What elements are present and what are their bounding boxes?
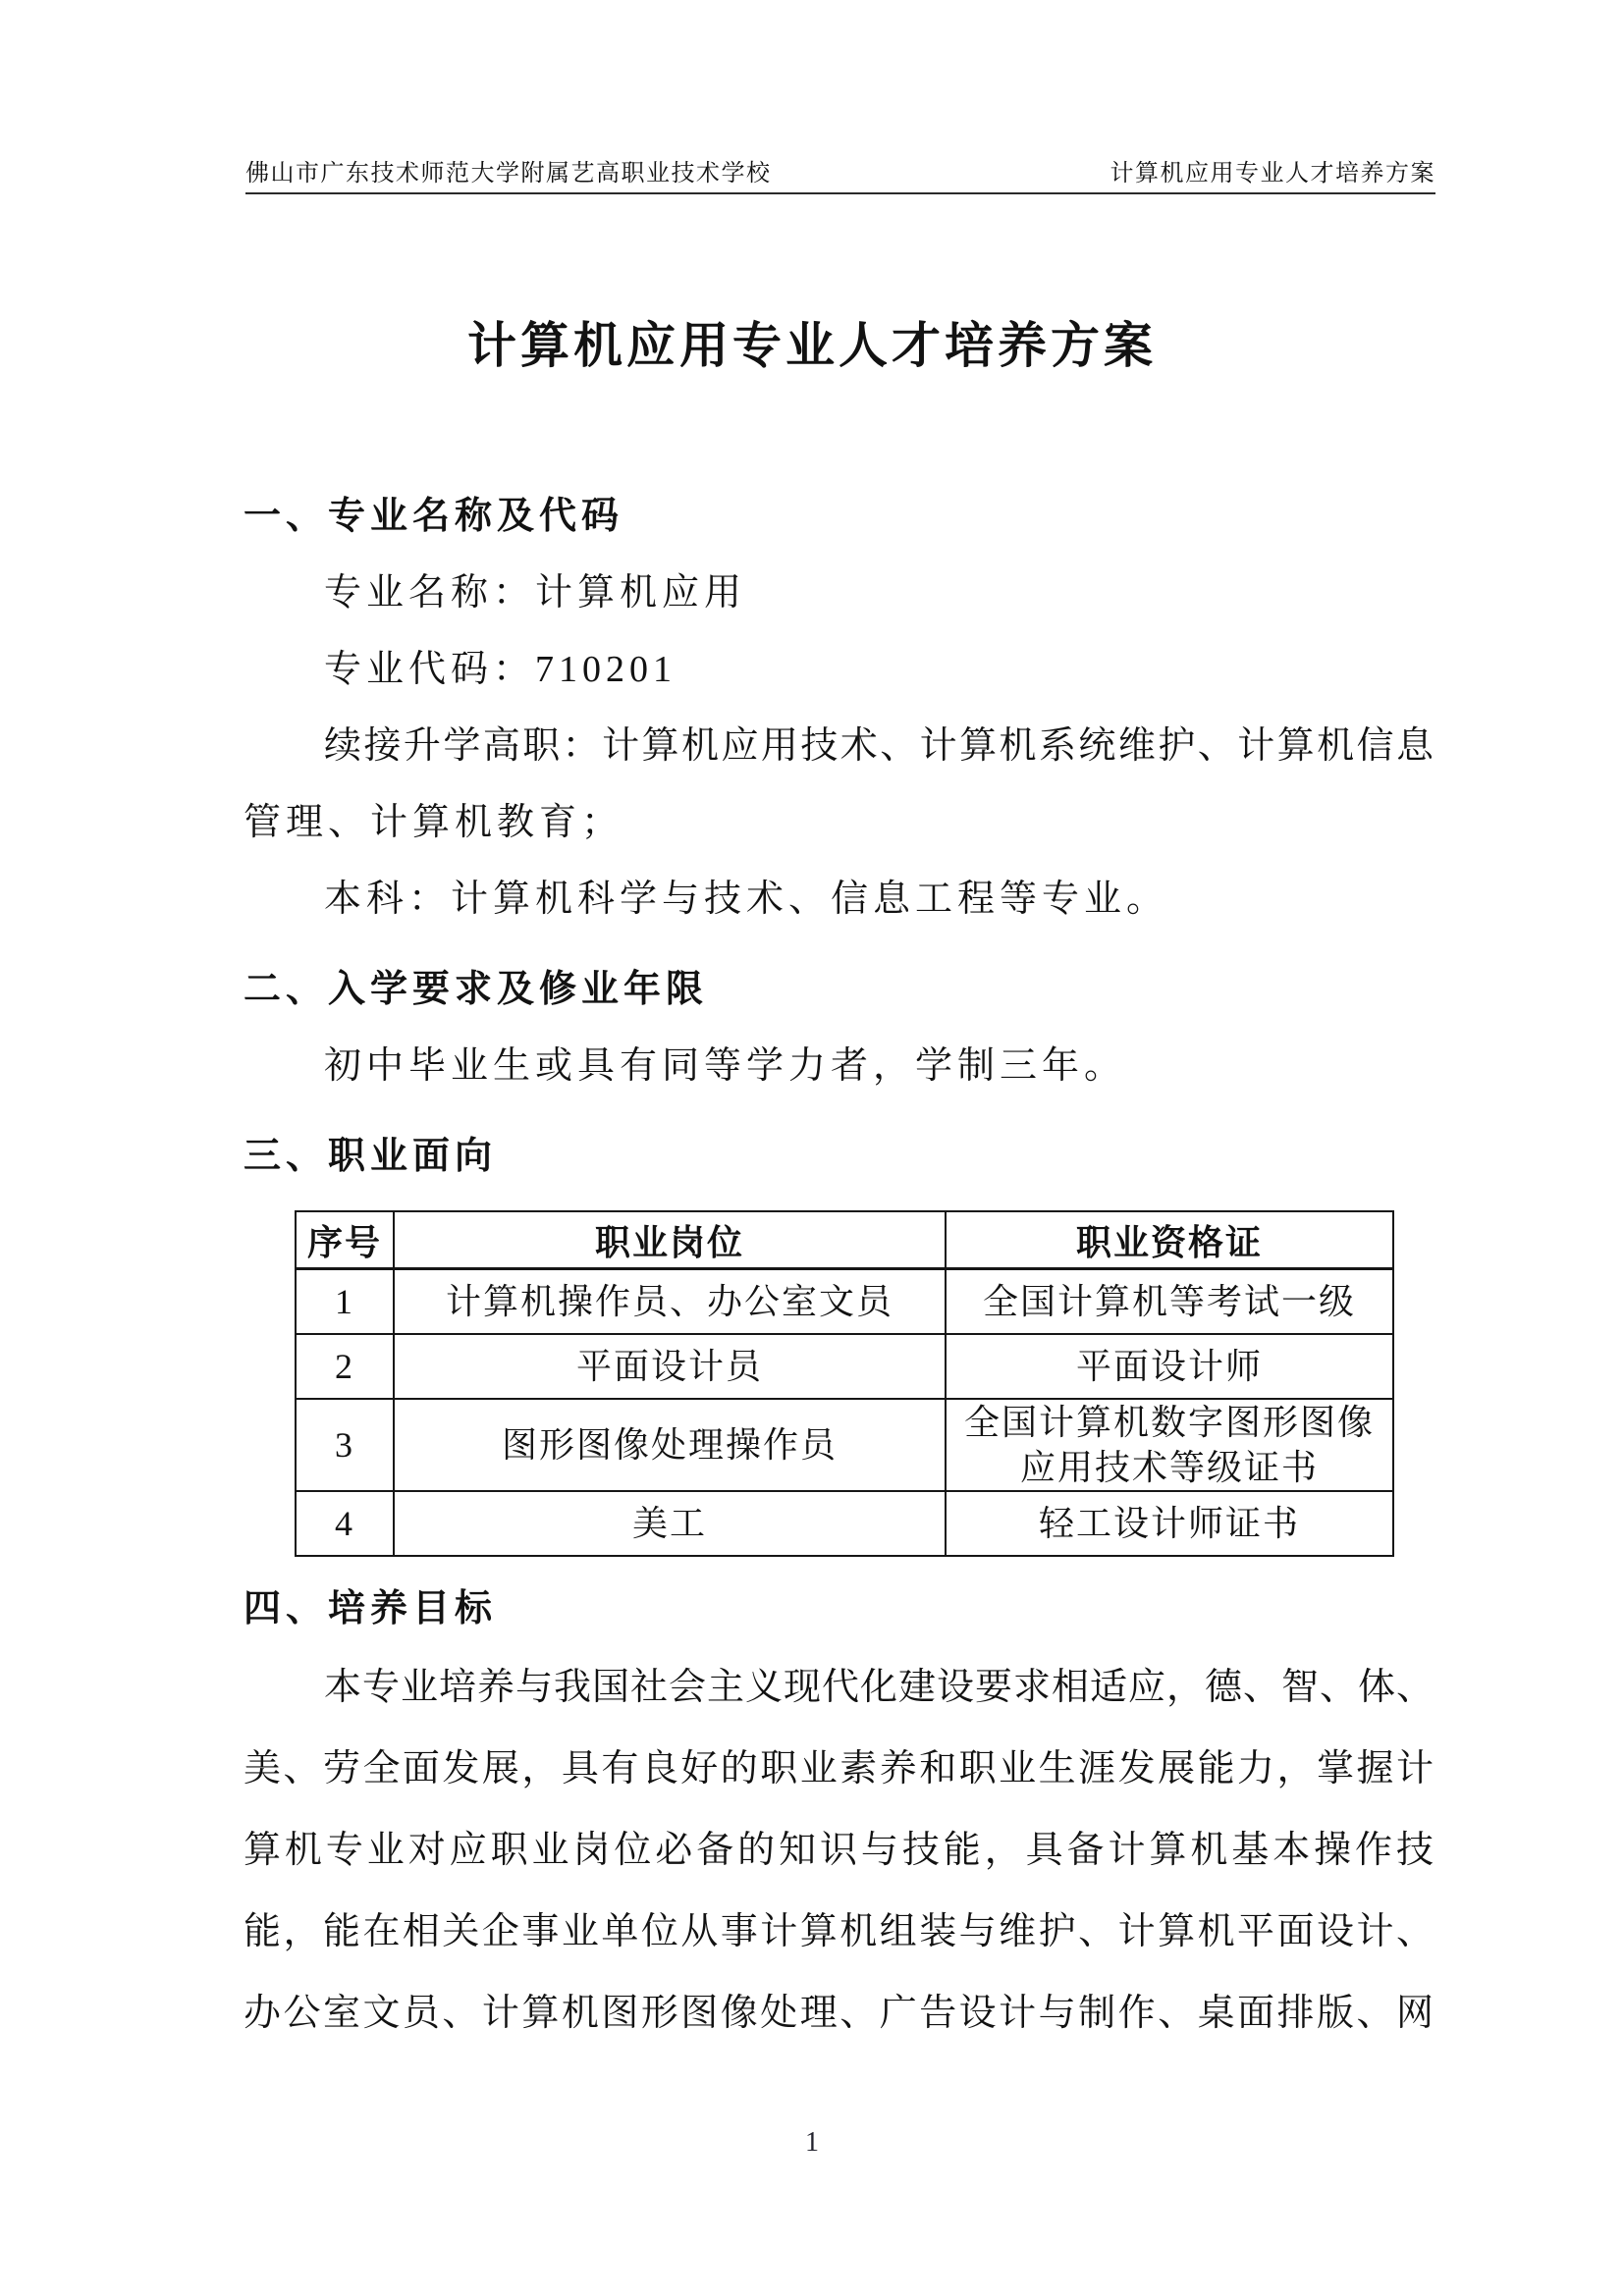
table-cell: 平面设计师	[946, 1334, 1393, 1399]
table-cell: 3	[296, 1399, 394, 1491]
table-cell: 4	[296, 1491, 394, 1556]
goal-line: 办公室文员、计算机图形图像处理、广告设计与制作、桌面排版、网	[244, 1973, 1434, 2055]
table-cell: 计算机操作员、办公室文员	[394, 1269, 946, 1335]
goal-line: 美、劳全面发展，具有良好的职业素养和职业生涯发展能力，掌握计	[244, 1729, 1434, 1810]
goal-line: 能，能在相关企事业单位从事计算机组装与维护、计算机平面设计、	[244, 1892, 1434, 1973]
career-table-header-post: 职业岗位	[394, 1211, 946, 1269]
table-cell: 平面设计员	[394, 1334, 946, 1399]
page-number: 1	[0, 2127, 1624, 2159]
running-header: 佛山市广东技术师范大学附属艺高职业技术学校 计算机应用专业人才培养方案	[245, 153, 1435, 194]
undergraduate-line: 本科：计算机科学与技术、信息工程等专业。	[244, 861, 1434, 937]
section-4-heading: 四、培养目标	[244, 1571, 1434, 1647]
document-body: 一、专业名称及代码 专业名称：计算机应用 专业代码：710201 续接升学高职：…	[244, 464, 1434, 2055]
career-table: 序号 职业岗位 职业资格证 1 计算机操作员、办公室文员 全国计算机等考试一级 …	[295, 1210, 1394, 1557]
table-row: 2 平面设计员 平面设计师	[296, 1334, 1393, 1399]
training-goal-paragraph: 本专业培养与我国社会主义现代化建设要求相适应，德、智、体、 美、劳全面发展，具有…	[244, 1647, 1434, 2055]
section-1-heading: 一、专业名称及代码	[244, 478, 1434, 555]
document-title: 计算机应用专业人才培养方案	[0, 306, 1624, 377]
table-cell: 全国计算机数字图形图像应用技术等级证书	[946, 1399, 1393, 1491]
major-code-line: 专业代码：710201	[244, 631, 1434, 708]
section-2-heading: 二、入学要求及修业年限	[244, 951, 1434, 1028]
major-name-line: 专业名称：计算机应用	[244, 555, 1434, 631]
admission-line: 初中毕业生或具有同等学力者，学制三年。	[244, 1028, 1434, 1104]
goal-line: 算机专业对应职业岗位必备的知识与技能，具备计算机基本操作技	[244, 1810, 1434, 1892]
further-study-line-2: 管理、计算机教育；	[244, 784, 1434, 861]
table-row: 3 图形图像处理操作员 全国计算机数字图形图像应用技术等级证书	[296, 1399, 1393, 1491]
career-table-header-cert: 职业资格证	[946, 1211, 1393, 1269]
table-row: 4 美工 轻工设计师证书	[296, 1491, 1393, 1556]
table-cell: 图形图像处理操作员	[394, 1399, 946, 1491]
table-row: 1 计算机操作员、办公室文员 全国计算机等考试一级	[296, 1269, 1393, 1335]
further-study-line-1: 续接升学高职：计算机应用技术、计算机系统维护、计算机信息	[244, 708, 1434, 784]
career-table-header-row: 序号 职业岗位 职业资格证	[296, 1211, 1393, 1269]
document-page: 佛山市广东技术师范大学附属艺高职业技术学校 计算机应用专业人才培养方案 计算机应…	[0, 0, 1624, 2296]
table-cell: 轻工设计师证书	[946, 1491, 1393, 1556]
running-header-school: 佛山市广东技术师范大学附属艺高职业技术学校	[245, 153, 772, 187]
section-3-heading: 三、职业面向	[244, 1118, 1434, 1195]
goal-line: 本专业培养与我国社会主义现代化建设要求相适应，德、智、体、	[244, 1647, 1434, 1729]
table-cell: 全国计算机等考试一级	[946, 1269, 1393, 1335]
table-cell: 美工	[394, 1491, 946, 1556]
running-header-doc: 计算机应用专业人才培养方案	[1110, 153, 1436, 187]
table-cell: 1	[296, 1269, 394, 1335]
career-table-header-index: 序号	[296, 1211, 394, 1269]
table-cell: 2	[296, 1334, 394, 1399]
